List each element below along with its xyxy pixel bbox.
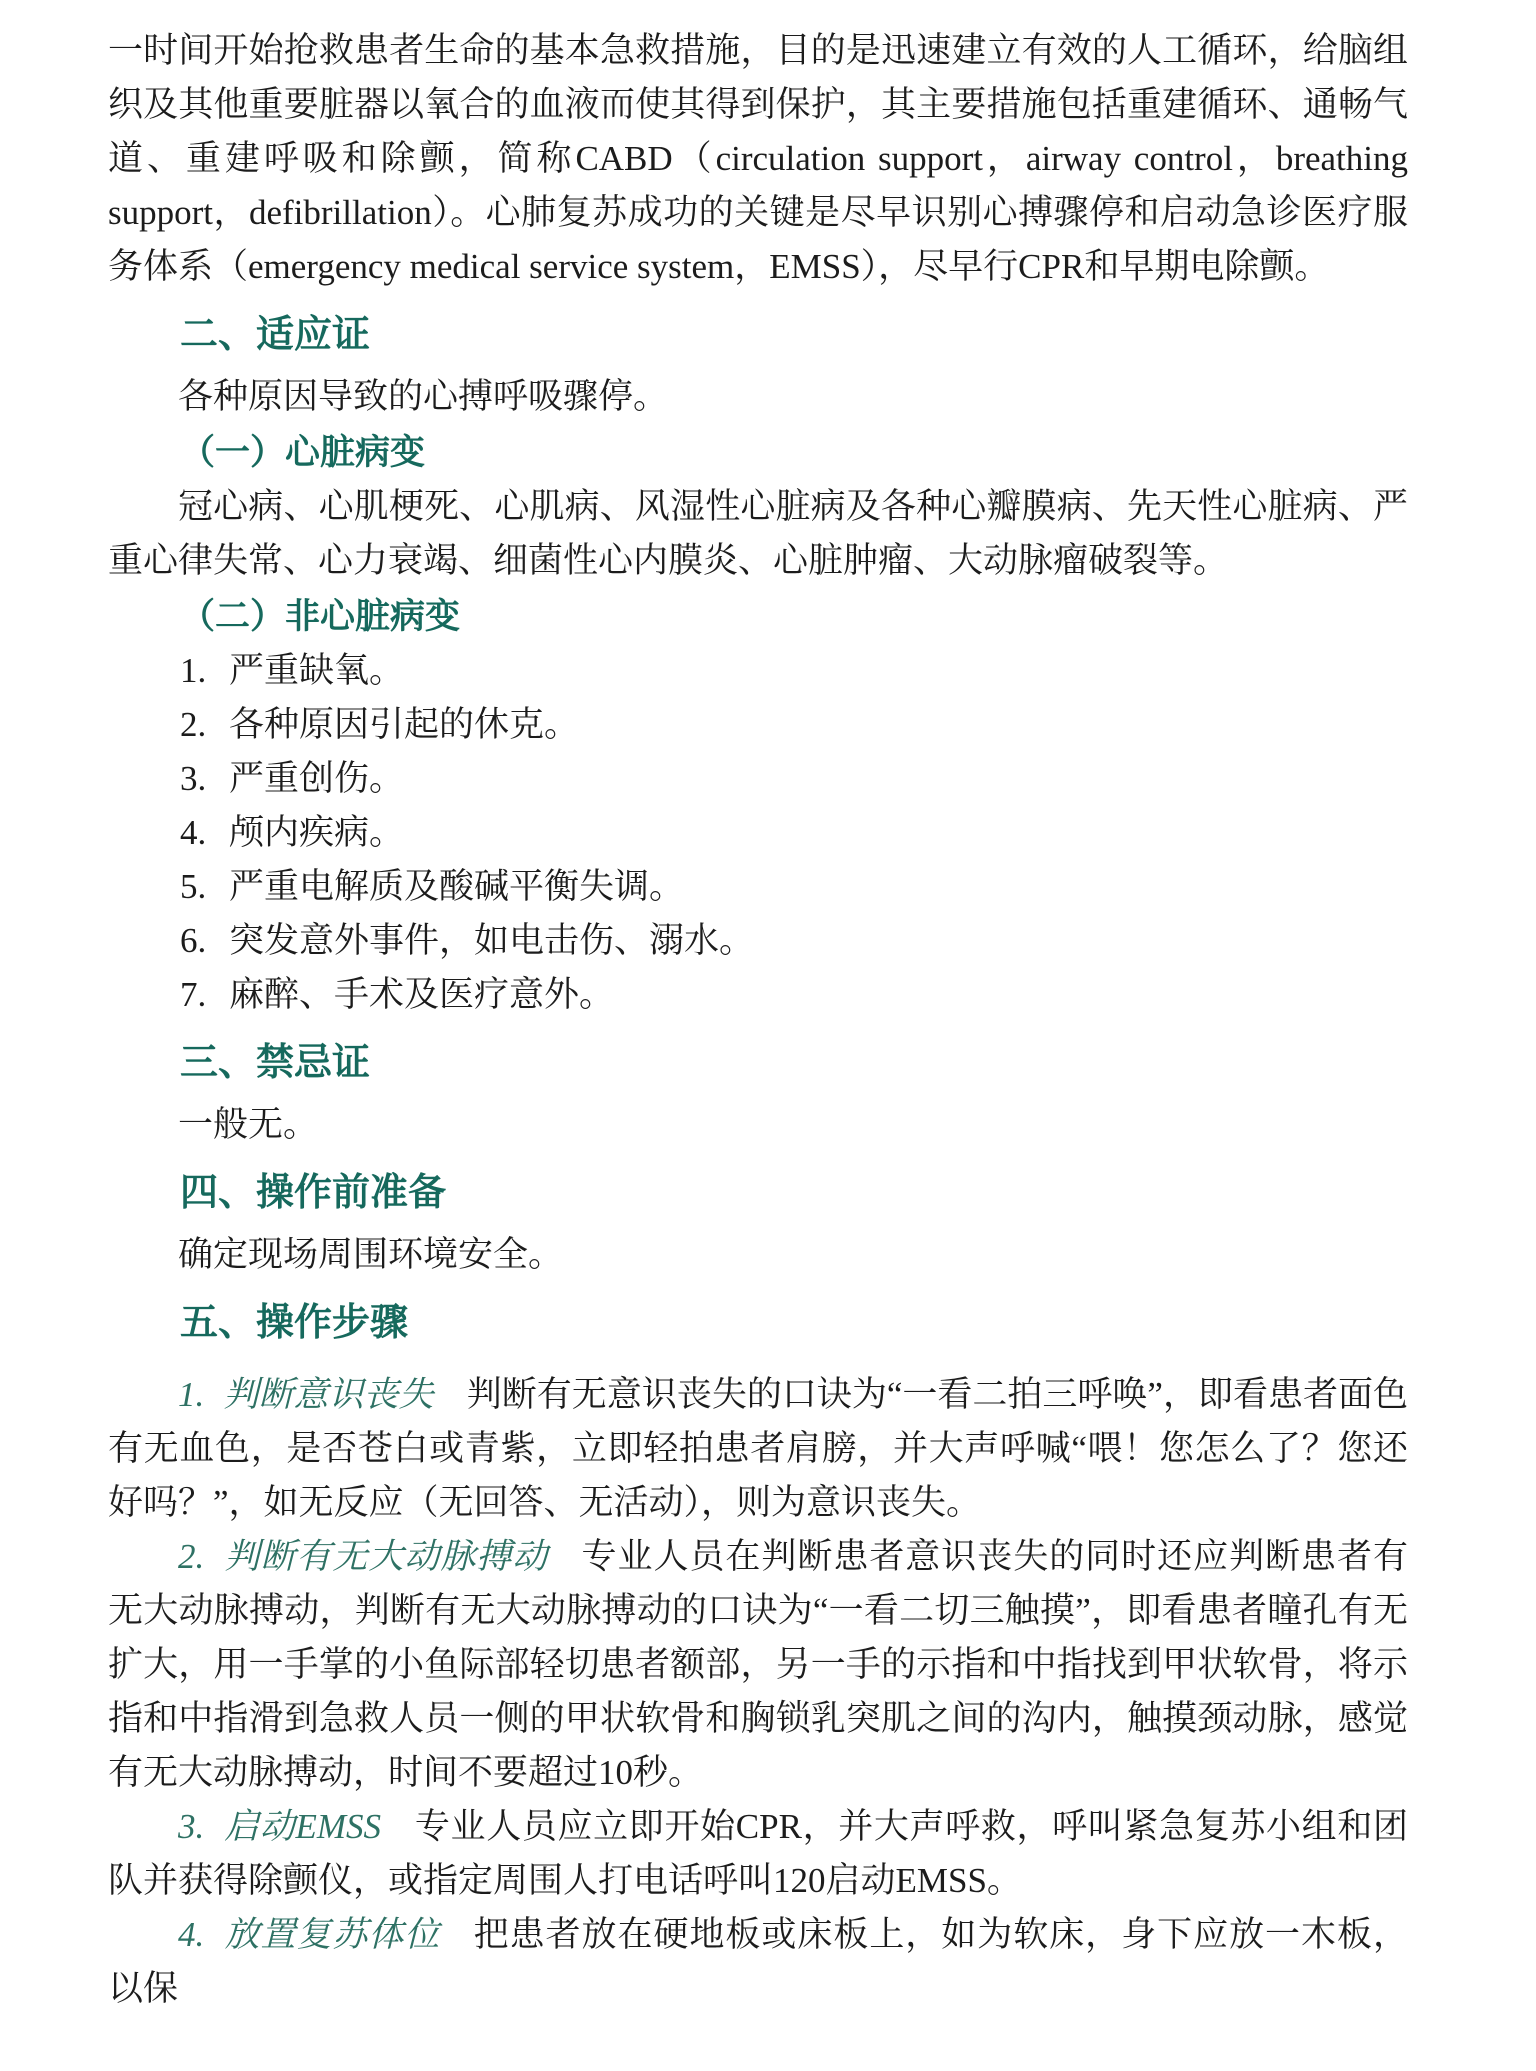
- item-number: 3.: [180, 759, 206, 798]
- step-title: 判断意识丧失: [224, 1375, 434, 1414]
- page-content: 一时间开始抢救患者生命的基本急救措施，目的是迅速建立有效的人工循环，给脑组织及其…: [0, 0, 1536, 2016]
- item-text: 突发意外事件，如电击伤、溺水。: [229, 921, 754, 960]
- non-cardiac-item-1: 1.严重缺氧。: [180, 644, 1408, 698]
- heading-cardiac-lesions: （一）心脏病变: [180, 426, 1408, 480]
- item-number: 2.: [180, 705, 206, 744]
- heading-indications: 二、适应证: [180, 308, 1408, 362]
- heading-preparation: 四、操作前准备: [180, 1166, 1408, 1220]
- non-cardiac-item-4: 4.颅内疾病。: [180, 806, 1408, 860]
- indications-intro-paragraph: 各种原因导致的心搏呼吸骤停。: [108, 370, 1408, 424]
- non-cardiac-item-3: 3.严重创伤。: [180, 752, 1408, 806]
- heading-procedure: 五、操作步骤: [180, 1296, 1408, 1350]
- step-title: 放置复苏体位: [224, 1915, 441, 1954]
- item-number: 5.: [180, 867, 206, 906]
- intro-paragraph: 一时间开始抢救患者生命的基本急救措施，目的是迅速建立有效的人工循环，给脑组织及其…: [108, 24, 1408, 294]
- procedure-step-2: 2.判断有无大动脉搏动专业人员在判断患者意识丧失的同时还应判断患者有无大动脉搏动…: [108, 1530, 1408, 1800]
- item-text: 各种原因引起的休克。: [229, 705, 579, 744]
- step-number: 2.: [178, 1537, 204, 1576]
- step-title: 判断有无大动脉搏动: [224, 1537, 549, 1576]
- procedure-step-4: 4.放置复苏体位把患者放在硬地板或床板上，如为软床，身下应放一木板，以保: [108, 1908, 1408, 2016]
- non-cardiac-item-5: 5.严重电解质及酸碱平衡失调。: [180, 860, 1408, 914]
- contraindications-paragraph: 一般无。: [108, 1098, 1408, 1152]
- procedure-step-1: 1.判断意识丧失判断有无意识丧失的口诀为“一看二拍三呼唤”，即看患者面色有无血色…: [108, 1368, 1408, 1530]
- step-number: 1.: [178, 1375, 204, 1414]
- non-cardiac-item-7: 7.麻醉、手术及医疗意外。: [180, 968, 1408, 1022]
- item-number: 1.: [180, 651, 206, 690]
- step-number: 3.: [178, 1807, 204, 1846]
- item-number: 6.: [180, 921, 206, 960]
- textbook-page: 一时间开始抢救患者生命的基本急救措施，目的是迅速建立有效的人工循环，给脑组织及其…: [0, 0, 1536, 2071]
- procedure-step-3: 3.启动EMSS专业人员应立即开始CPR，并大声呼救，呼叫紧急复苏小组和团队并获…: [108, 1800, 1408, 1908]
- item-text: 颅内疾病。: [229, 813, 404, 852]
- step-number: 4.: [178, 1915, 204, 1954]
- step-title: 启动EMSS: [224, 1807, 382, 1846]
- preparation-paragraph: 确定现场周围环境安全。: [108, 1228, 1408, 1282]
- item-text: 严重创伤。: [229, 759, 404, 798]
- item-number: 4.: [180, 813, 206, 852]
- item-number: 7.: [180, 975, 206, 1014]
- heading-contraindications: 三、禁忌证: [180, 1036, 1408, 1090]
- item-text: 严重缺氧。: [229, 651, 404, 690]
- non-cardiac-item-6: 6.突发意外事件，如电击伤、溺水。: [180, 914, 1408, 968]
- cardiac-lesions-paragraph: 冠心病、心肌梗死、心肌病、风湿性心脏病及各种心瓣膜病、先天性心脏病、严重心律失常…: [108, 480, 1408, 588]
- procedure-steps: 1.判断意识丧失判断有无意识丧失的口诀为“一看二拍三呼唤”，即看患者面色有无血色…: [108, 1368, 1408, 2016]
- non-cardiac-item-2: 2.各种原因引起的休克。: [180, 698, 1408, 752]
- item-text: 麻醉、手术及医疗意外。: [229, 975, 614, 1014]
- heading-non-cardiac-lesions: （二）非心脏病变: [180, 590, 1408, 644]
- item-text: 严重电解质及酸碱平衡失调。: [229, 867, 684, 906]
